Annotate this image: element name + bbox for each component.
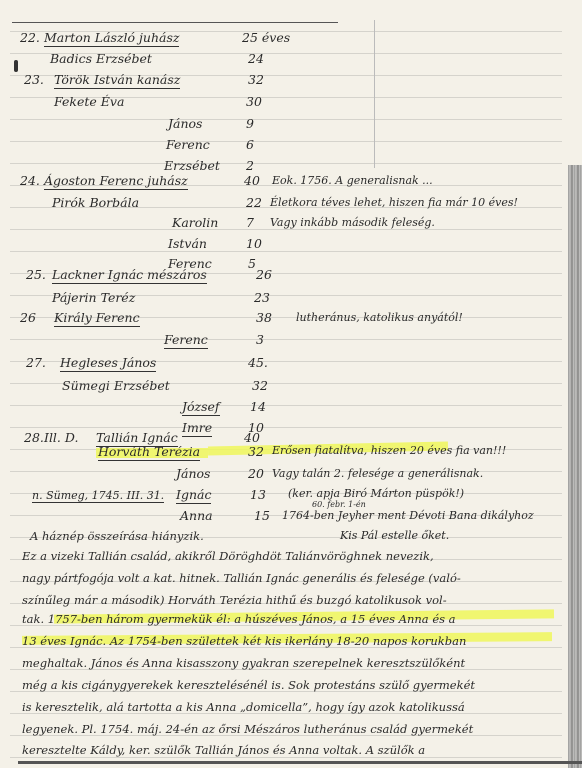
margin-note: Erősen fiatalítva, hiszen 20 éves fia va… [272,444,506,457]
frame-vertical-line [374,20,375,168]
spouse-age: 30 [246,94,262,109]
child-name: Imre [182,420,212,437]
child-age: 9 [246,116,254,131]
head-name: Hegleses János [60,355,156,372]
spouse-name-highlighted: Horváth Terézia [98,444,200,461]
child-age: 3 [256,332,264,347]
child-age: 2 [246,158,254,173]
head-name: Török István kanász [54,72,180,89]
entry-number: 24. [20,173,40,188]
paragraph-line: keresztelte Káldy, ker. szülők Tallián J… [22,743,425,757]
spouse-name: Pirók Borbála [52,195,139,210]
paragraph-line: nagy pártfogója volt a kat. hitnek. Tall… [22,571,461,585]
spouse-age: 23 [254,290,270,305]
spouse-age: 32 [252,378,268,393]
scan-edge-bottom [18,761,582,764]
spouse-name: Pájerin Teréz [52,290,135,305]
child-name: István [168,236,207,251]
title-prefix: Ill. D. [44,430,78,445]
spouse-age: 24 [248,51,264,66]
child-name: Ferenc [164,332,208,349]
child-age: 15 [254,508,270,523]
spouse-name: Badics Erzsébet [50,51,152,66]
margin-note: Vagy inkább második feleség. [270,216,435,229]
head-name: Király Ferenc [54,310,140,327]
entry-number: 23. [24,72,44,87]
spouse-age: 22 [246,195,262,210]
paragraph-line: Ez a vizeki Tallián család, akikről Dörö… [22,549,434,563]
child-name: Anna [180,508,213,523]
child-age: 20 [248,466,264,481]
child-name: János [176,466,210,481]
head-age: 25 éves [242,30,290,45]
child-name: Karolin [172,215,218,230]
head-name: Marton László juhász [44,30,179,47]
child-age: 13 [250,487,266,502]
margin-note: Vagy talán 2. felesége a generálisnak. [272,467,483,480]
paragraph-line-highlighted: tak. 1757-ben három gyermekük él: a húsz… [22,612,456,626]
paragraph-line-highlighted: 13 éves Ignác. Az 1754-ben születtek két… [22,634,466,648]
child-name: József [182,399,220,416]
paragraph-line: színűleg már a második) Horváth Terézia … [22,593,447,607]
head-age: 32 [248,72,264,87]
head-name: Lackner Ignác mészáros [52,267,207,284]
head-age: 38 [256,310,272,325]
spouse-name: Sümegi Erzsébet [62,378,170,393]
entry-number: 27. [26,355,46,370]
top-rule [12,22,338,23]
child-name: Ignác [176,487,211,504]
paragraph-line: is keresztelik, alá tartotta a kis Anna … [22,700,465,714]
margin-note: Kis Pál estelle őket. [340,529,449,542]
paragraph-line: még a kis cigánygyerekek keresztelésénél… [22,678,475,692]
head-name: Ágoston Ferenc juhász [44,173,188,190]
margin-note: lutheránus, katolikus anyától! [296,311,463,324]
child-age: 5 [248,256,256,271]
entry-number: 28. [24,430,44,445]
child-age: 10 [246,236,262,251]
head-age: 40 [244,173,260,188]
head-age: 26 [256,267,272,282]
scan-edge-right [568,165,582,768]
child-age: 14 [250,399,266,414]
head-age: 40 [244,430,260,445]
child-age: 6 [246,137,254,152]
child-age: 7 [246,215,254,230]
spouse-age: 32 [248,444,264,459]
margin-note: Életkora téves lehet, hiszen fia már 10 … [270,196,518,209]
birth-note: n. Sümeg, 1745. III. 31. [32,489,164,503]
margin-note: (ker. apja Biró Márton püspök!) [288,487,464,500]
entry-number: 22. [20,30,40,45]
entry-number: 25. [26,267,46,282]
margin-note-small: 60. febr. 1-én [312,500,366,509]
paragraph-line: meghaltak. János és Anna kisasszony gyak… [22,656,465,670]
entry-number: 26 [20,310,36,325]
spouse-name: Fekete Éva [54,94,124,109]
ink-smudge [14,60,18,72]
child-name: Ferenc [166,137,210,152]
child-name: Erzsébet [164,158,220,173]
paragraph-line: A háznép összeírása hiányzik. [30,529,204,543]
margin-note: 1764-ben Jeyher ment Dévoti Bana dikályh… [282,509,534,522]
head-age: 45. [248,355,268,370]
document-page: 22. Marton László juhász 25 éves Badics … [0,0,582,768]
child-name: János [168,116,202,131]
paragraph-line: legyenek. Pl. 1754. máj. 24-én az őrsi M… [22,722,473,736]
margin-note: Eok. 1756. A generalisnak ... [272,174,433,187]
